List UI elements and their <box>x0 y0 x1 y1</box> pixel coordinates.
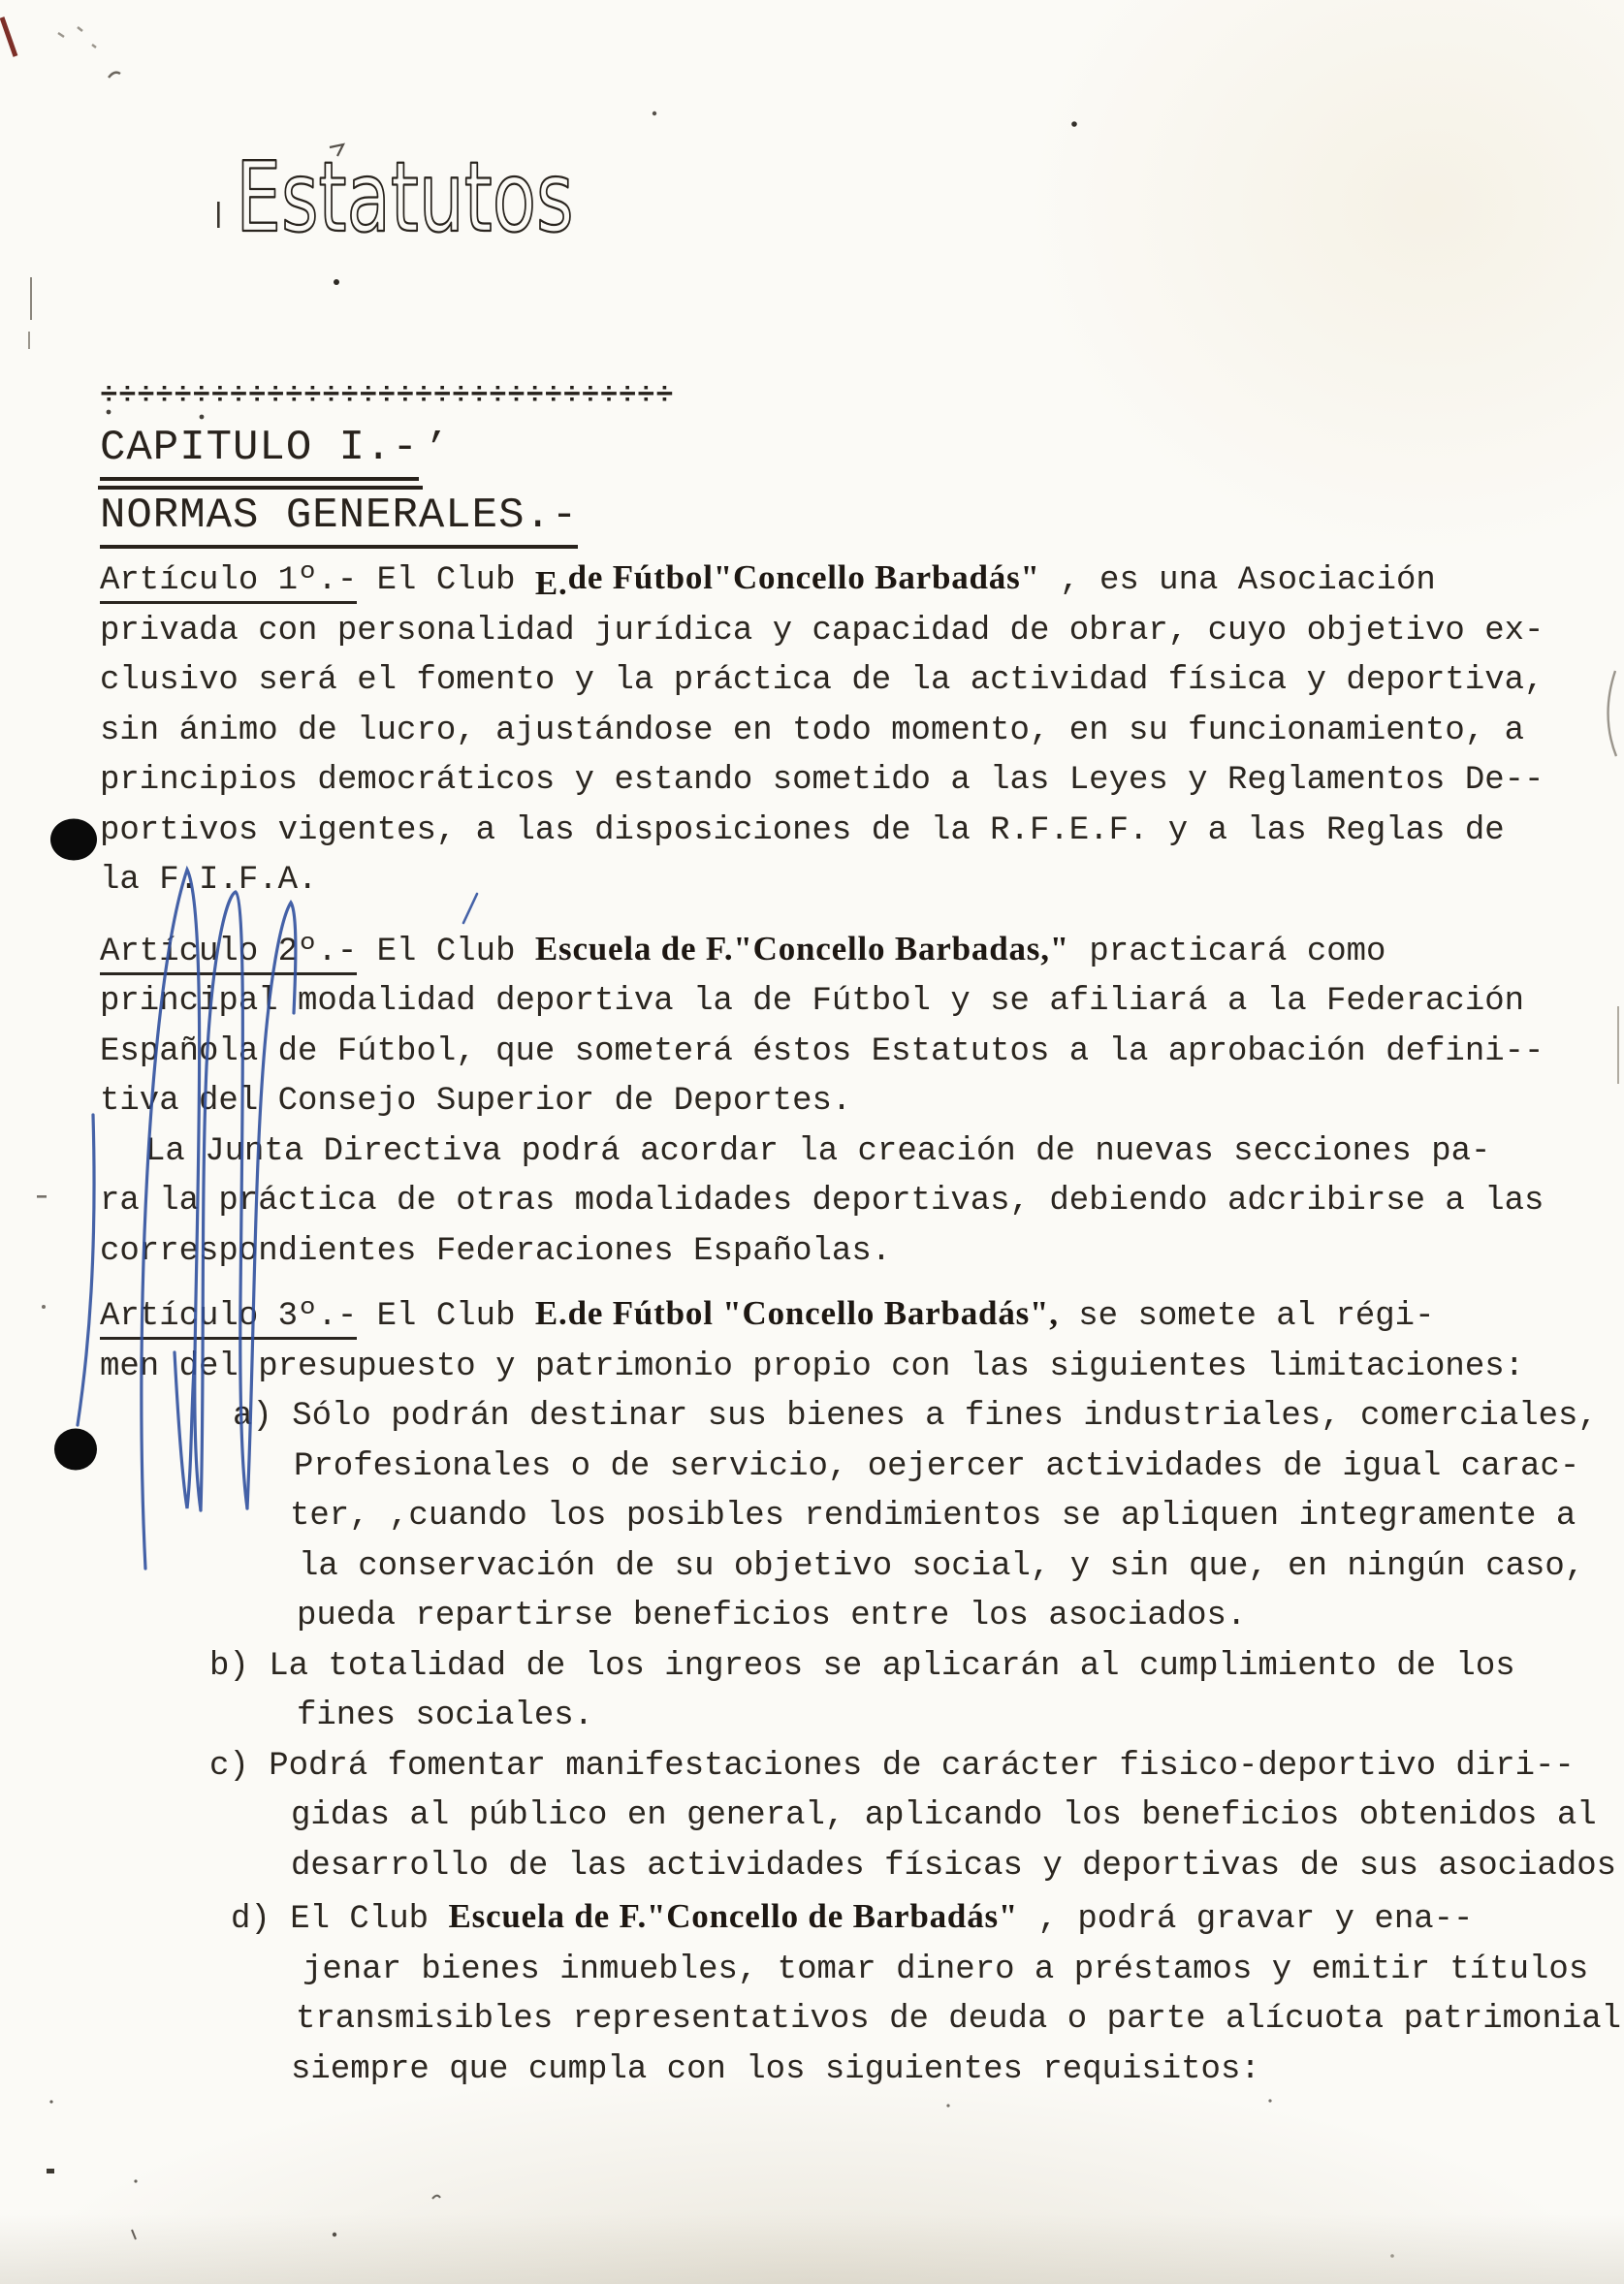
text-line: Artículo 3º.- El Club E.de Fútbol "Conce… <box>100 1288 1556 1343</box>
text-line: gidas al público en general, aplicando l… <box>291 1792 1556 1842</box>
text-line: siempre que cumpla con los siguientes re… <box>291 2046 1556 2096</box>
text-segment: Podrá fomentar manifestaciones de caráct… <box>269 1748 1575 1785</box>
text-segment: privada con personalidad jurídica y capa… <box>100 613 1544 650</box>
text-segment: portivos vigentes, a las disposiciones d… <box>100 812 1505 849</box>
chapter-heading: CAPITULO I.- <box>100 426 419 481</box>
text-line: Artículo 2º.- El Club Escuela de F."Conc… <box>100 924 1556 978</box>
text-segment: Escuela de F."Concello Barbadas," <box>535 930 1069 968</box>
text-line: fines sociales. <box>297 1692 1556 1742</box>
scanned-document-page: Estatutos ÷÷÷÷÷÷÷÷÷÷÷÷÷÷÷÷÷÷÷÷÷÷÷÷÷÷÷÷÷÷… <box>0 0 1624 2284</box>
text-line: correspondientes Federaciones Españolas. <box>100 1227 1556 1278</box>
text-line: sin ánimo de lucro, ajustándose en todo … <box>100 707 1556 757</box>
text-segment: jenar bienes inmuebles, tomar dinero a p… <box>303 1951 1588 1988</box>
document-body: Estatutos ÷÷÷÷÷÷÷÷÷÷÷÷÷÷÷÷÷÷÷÷÷÷÷÷÷÷÷÷÷÷… <box>0 0 1624 2284</box>
text-line: c) Podrá fomentar manifestaciones de car… <box>209 1742 1556 1792</box>
text-segment: tiva del Consejo Superior de Deportes. <box>100 1083 851 1120</box>
text-segment: siempre que cumpla con los siguientes re… <box>291 2051 1260 2088</box>
separator-row: ÷÷÷÷÷÷÷÷÷÷÷÷÷÷÷÷÷÷÷÷÷÷÷÷÷÷÷÷÷÷÷ <box>100 379 1556 414</box>
text-segment: pueda repartirse beneficios entre los as… <box>297 1598 1246 1634</box>
text-line: Profesionales o de servicio, oejercer ac… <box>294 1443 1556 1493</box>
text-line: la conservación de su objetivo social, y… <box>299 1542 1556 1593</box>
text-segment: de Fútbol"Concello Barbadás" <box>568 558 1040 596</box>
text-segment: E. <box>535 564 568 602</box>
text-segment: , podrá gravar y ena-- <box>1018 1901 1473 1938</box>
text-segment: clusivo será el fomento y la práctica de… <box>100 662 1544 699</box>
text-line: portivos vigentes, a las disposiciones d… <box>100 807 1556 857</box>
chapter-heading-row: CAPITULO I.-’ <box>100 426 1556 481</box>
text-line: La Junta Directiva podrá acordar la crea… <box>145 1127 1556 1178</box>
text-line: a) Sólo podrán destinar sus bienes a fin… <box>233 1392 1556 1443</box>
section-heading-row: NORMAS GENERALES.- <box>100 493 1556 549</box>
text-segment: La totalidad de los ingreos se aplicarán… <box>269 1648 1514 1685</box>
text-segment: la F.I.F.A. <box>100 862 317 899</box>
text-segment: La Junta Directiva podrá acordar la crea… <box>145 1133 1490 1170</box>
document-lines: Artículo 1º.- El Club E.de Fútbol"Concel… <box>100 553 1556 2095</box>
text-segment: a) <box>233 1398 292 1435</box>
text-segment: Artículo 3º.- <box>100 1298 357 1340</box>
text-segment: principios democráticos y estando someti… <box>100 762 1544 799</box>
text-segment: Española de Fútbol, que someterá éstos E… <box>100 1033 1544 1070</box>
text-segment: Artículo 1º.- <box>100 562 357 604</box>
chapter-heading-pen-mark: ’ <box>419 428 448 471</box>
page-title: Estatutos <box>234 142 738 260</box>
text-segment: la conservación de su objetivo social, y… <box>299 1548 1584 1585</box>
text-segment: ra la práctica de otras modalidades depo… <box>100 1183 1544 1220</box>
text-segment: El Club <box>290 1901 448 1938</box>
text-segment: desarrollo de las actividades físicas y … <box>291 1848 1624 1885</box>
text-segment: correspondientes Federaciones Españolas. <box>100 1233 891 1270</box>
section-heading: NORMAS GENERALES.- <box>100 493 578 549</box>
text-line: privada con personalidad jurídica y capa… <box>100 607 1556 657</box>
text-line: jenar bienes inmuebles, tomar dinero a p… <box>303 1946 1556 1996</box>
text-line: d) El Club Escuela de F."Concello de Bar… <box>231 1891 1556 1946</box>
text-line: desarrollo de las actividades físicas y … <box>291 1842 1556 1892</box>
text-segment: Escuela de F."Concello de Barbadás" <box>448 1897 1018 1935</box>
text-line: Española de Fútbol, que someterá éstos E… <box>100 1028 1556 1078</box>
text-line: transmisibles representativos de deuda o… <box>296 1995 1556 2046</box>
text-segment: c) <box>209 1748 269 1785</box>
text-segment: b) <box>209 1648 269 1685</box>
text-segment: sin ánimo de lucro, ajustándose en todo … <box>100 713 1524 749</box>
text-segment: d) <box>231 1901 290 1938</box>
text-segment: ter, ,cuando los posibles rendimientos s… <box>290 1498 1576 1535</box>
page-title-text: Estatutos <box>236 142 573 254</box>
text-line: clusivo será el fomento y la práctica de… <box>100 656 1556 707</box>
text-line: ra la práctica de otras modalidades depo… <box>100 1177 1556 1227</box>
text-segment: El Club <box>357 1298 535 1335</box>
text-segment: transmisibles representativos de deuda o… <box>296 2001 1624 2038</box>
text-line: b) La totalidad de los ingreos se aplica… <box>209 1642 1556 1693</box>
text-segment: Profesionales o de servicio, oejercer ac… <box>294 1448 1579 1485</box>
text-segment: men del presupuesto y patrimonio propio … <box>100 1348 1524 1385</box>
text-line: principal modalidad deportiva la de Fútb… <box>100 977 1556 1028</box>
text-segment: Artículo 2º.- <box>100 934 357 975</box>
text-segment: E.de Fútbol "Concello Barbadás", <box>535 1294 1059 1332</box>
text-line: pueda repartirse beneficios entre los as… <box>297 1592 1556 1642</box>
text-segment: practicará como <box>1069 934 1385 970</box>
text-line: tiva del Consejo Superior de Deportes. <box>100 1077 1556 1127</box>
text-segment: gidas al público en general, aplicando l… <box>291 1797 1597 1834</box>
text-segment: El Club <box>357 934 535 970</box>
text-line: ter, ,cuando los posibles rendimientos s… <box>290 1492 1556 1542</box>
text-segment: se somete al régi- <box>1059 1298 1435 1335</box>
text-line: men del presupuesto y patrimonio propio … <box>100 1343 1556 1393</box>
title-block: Estatutos <box>234 142 1556 265</box>
text-segment: principal modalidad deportiva la de Fútb… <box>100 983 1524 1020</box>
text-segment: Sólo podrán destinar sus bienes a fines … <box>292 1398 1598 1435</box>
text-line: Artículo 1º.- El Club E.de Fútbol"Concel… <box>100 553 1556 607</box>
text-segment: , es una Asociación <box>1040 562 1436 599</box>
text-line: la F.I.F.A. <box>100 856 1556 906</box>
text-line: principios democráticos y estando someti… <box>100 756 1556 807</box>
text-segment: fines sociales. <box>297 1697 593 1734</box>
text-segment: El Club <box>357 562 535 599</box>
